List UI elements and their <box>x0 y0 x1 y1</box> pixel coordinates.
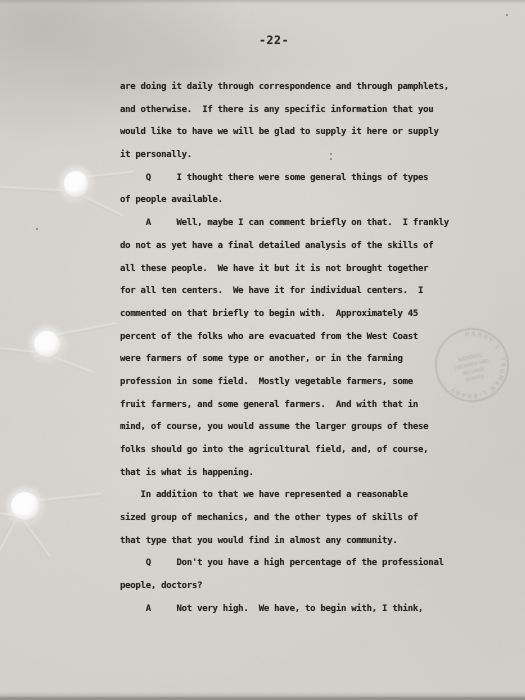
crease-line <box>81 195 124 218</box>
crease-line <box>49 355 93 374</box>
text-line: that is what is happening. <box>120 462 520 485</box>
text-line: Q Don't you have a high percentage of th… <box>120 552 520 575</box>
text-line: and otherwise. If there is any specific … <box>120 99 520 122</box>
text-line: A Not very high. We have, to begin with,… <box>120 598 520 621</box>
text-line: Q I thought there were some general thin… <box>120 167 520 190</box>
ink-speck <box>506 14 508 16</box>
text-line: that type that you would find in almost … <box>120 530 520 553</box>
text-line: do not as yet have a final detailed anal… <box>120 235 520 258</box>
punch-hole <box>34 331 60 357</box>
text-line: of people available. <box>120 189 520 212</box>
punch-hole <box>64 171 88 197</box>
text-line: people, doctors? <box>120 575 520 598</box>
text-line: In addition to that we have represented … <box>120 484 520 507</box>
text-line: are doing it daily through correspondenc… <box>120 76 520 99</box>
ink-speck <box>36 228 38 230</box>
crease-line <box>0 347 38 354</box>
text-line: mind, of course, you would assume the la… <box>120 416 520 439</box>
text-line: A Well, maybe I can comment briefly on t… <box>120 212 520 235</box>
text-line: sized group of mechanics, and the other … <box>120 507 520 530</box>
crease-line <box>21 519 50 558</box>
ink-speck <box>330 158 332 160</box>
crease-line <box>0 186 68 193</box>
crease-line <box>34 493 102 503</box>
punch-hole <box>11 492 39 520</box>
text-line: it personally. <box>120 144 520 167</box>
document-page: -22- are doing it daily through correspo… <box>0 0 525 700</box>
scan-top-edge-shadow <box>0 0 525 4</box>
text-line: all these people. We have it but it is n… <box>120 258 520 281</box>
page-number: -22- <box>259 33 289 47</box>
text-line: for all ten centers. We have it for indi… <box>120 280 520 303</box>
text-line: folks should go into the agricultural fi… <box>120 439 520 462</box>
ink-speck <box>330 153 332 155</box>
scan-bottom-edge-shadow <box>0 692 525 700</box>
text-line: would like to have we will be glad to su… <box>120 121 520 144</box>
crease-line <box>0 521 15 559</box>
crease-line <box>56 322 117 337</box>
